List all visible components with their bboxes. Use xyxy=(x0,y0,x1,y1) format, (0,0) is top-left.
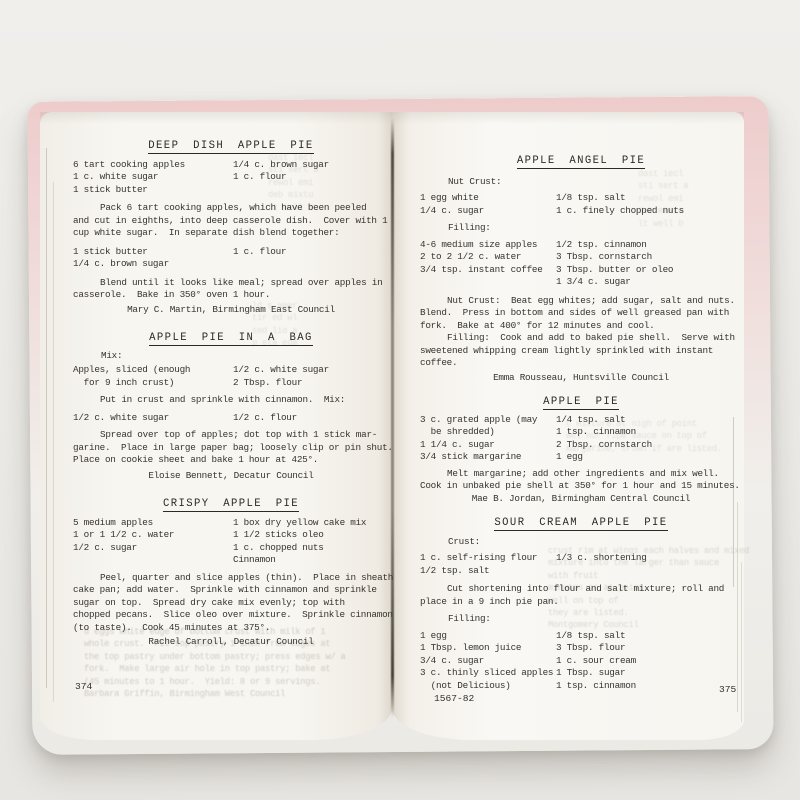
paragraph-line: Pack 6 tart cooking apples, which have b… xyxy=(73,202,389,215)
left-page-content: DEEP DISH APPLE PIE 6 tart cooking apple… xyxy=(73,140,389,649)
paragraph-line: Nut Crust: Beat egg whites; add sugar, s… xyxy=(420,295,742,308)
ingredient-columns: 5 medium apples1 or 1 1/2 c. water1/2 c.… xyxy=(73,517,389,567)
recipe-title-text: APPLE ANGEL PIE xyxy=(517,155,645,169)
ingredient-line: 1/2 c. white sugar xyxy=(73,412,233,425)
recipe-title-text: CRISPY APPLE PIE xyxy=(163,498,299,512)
ingredient-column-left: 1/2 c. white sugar xyxy=(73,412,233,425)
paragraph-line: sweetened whipping cream lightly sprinkl… xyxy=(420,345,742,358)
ingredient-line: (not Delicious) xyxy=(420,680,556,693)
ingredient-line: 1 c. chopped nuts xyxy=(233,542,389,555)
ingredient-line: 1/4 c. sugar xyxy=(420,205,556,218)
paragraph-line: place in a 9 inch pie pan. xyxy=(420,596,742,609)
ingredient-column-left: Apples, sliced (enough for 9 inch crust) xyxy=(73,364,233,389)
ingredient-line: 1/8 tsp. salt xyxy=(556,630,742,643)
ingredient-line: 1 Tbsp. sugar xyxy=(556,667,742,680)
paragraph-line: Spread over top of apples; dot top with … xyxy=(73,429,389,442)
ingredient-column-right: 1/2 c. flour xyxy=(233,412,389,425)
paragraph-line: Put in crust and sprinkle with cinnamon.… xyxy=(73,394,389,407)
ingredient-line: 4-6 medium size apples xyxy=(420,239,556,252)
paragraph-line: casserole. Bake in 350° oven 1 hour. xyxy=(73,289,389,302)
ingredient-line: 3/4 stick margarine xyxy=(420,451,556,464)
ingredient-column-left: 1 egg white1/4 c. sugar xyxy=(420,192,556,217)
paragraph-line: Melt margarine; add other ingredients an… xyxy=(420,468,742,481)
ingredient-line: 1/2 c. flour xyxy=(233,412,389,425)
ingredient-columns: Apples, sliced (enough for 9 inch crust)… xyxy=(73,364,389,389)
ingredient-line: 1/2 tsp. salt xyxy=(420,565,556,578)
section-label: Mix: xyxy=(73,350,389,363)
recipe-paragraph: Filling: Cook and add to baked pie shell… xyxy=(420,332,742,370)
ingredient-line: 6 tart cooking apples xyxy=(73,159,233,172)
recipe-apple-pie: APPLE PIE 3 c. grated apple (may be shre… xyxy=(420,396,742,505)
section-label: Filling: xyxy=(420,222,742,235)
paragraph-line: (to taste). Cook 45 minutes at 375°. xyxy=(73,622,389,635)
right-page-number: 375 xyxy=(719,684,736,695)
ingredient-line: Cinnamon xyxy=(233,554,389,567)
ingredient-column-right: 1/4 c. brown sugar1 c. flour xyxy=(233,159,389,197)
ingredient-line: 1 stick butter xyxy=(73,246,233,259)
ingredient-line: 1 egg white xyxy=(420,192,556,205)
recipe-paragraph: Put in crust and sprinkle with cinnamon.… xyxy=(73,394,389,407)
ingredient-line: 1 Tbsp. lemon juice xyxy=(420,642,556,655)
ingredient-line: 1 c. flour xyxy=(233,246,389,259)
bleedthrough-line: Barbara Griffin, Birmingham West Council xyxy=(84,688,384,700)
bleedthrough-line: fork. Make large air hole in top pastry;… xyxy=(84,663,384,675)
recipe-title-text: APPLE PIE IN A BAG xyxy=(149,332,313,346)
ingredient-column-right: 1/2 c. white sugar2 Tbsp. flour xyxy=(233,364,389,389)
ingredient-column-left: 5 medium apples1 or 1 1/2 c. water1/2 c.… xyxy=(73,517,233,567)
ingredient-line: be shredded) xyxy=(420,426,556,439)
ingredient-columns: 1 egg1 Tbsp. lemon juice3/4 c. sugar3 c.… xyxy=(420,630,742,693)
ingredient-line: 1/2 c. white sugar xyxy=(233,364,389,377)
ingredient-column-right: 1/4 tsp. salt1 tsp. cinnamon2 Tbsp. corn… xyxy=(556,414,742,464)
book-spine-gutter xyxy=(391,118,394,718)
section-label: Crust: xyxy=(420,536,742,549)
paragraph-line: Cut shortening into flour and salt mixtu… xyxy=(420,583,742,596)
ingredient-column-left: 1 c. self-rising flour1/2 tsp. salt xyxy=(420,552,556,577)
paragraph-line: coffee. xyxy=(420,357,742,370)
ingredient-line: 2 Tbsp. cornstarch xyxy=(556,439,742,452)
ingredient-line: 1/2 c. sugar xyxy=(73,542,233,555)
paragraph-line: cake pan; add water. Sprinkle with cinna… xyxy=(73,584,389,597)
ingredient-line: 1 tsp. cinnamon xyxy=(556,680,742,693)
recipe-title: APPLE ANGEL PIE xyxy=(420,155,742,168)
recipe-title-text: APPLE PIE xyxy=(543,396,619,410)
paragraph-line: sugar on top. Spread dry cake mix evenly… xyxy=(73,597,389,610)
recipe-paragraph: Pack 6 tart cooking apples, which have b… xyxy=(73,202,389,240)
ingredient-column-right: 1/3 c. shortening xyxy=(556,552,742,577)
ingredient-line: 5 medium apples xyxy=(73,517,233,530)
ingredient-line: 1 or 1 1/2 c. water xyxy=(73,529,233,542)
ingredient-columns: 3 c. grated apple (may be shredded)1 1/4… xyxy=(420,414,742,464)
recipe-attribution: Eloise Bennett, Decatur Council xyxy=(73,470,389,483)
ingredient-line: 1 c. white sugar xyxy=(73,171,233,184)
ingredient-columns: 1 c. self-rising flour1/2 tsp. salt 1/3 … xyxy=(420,552,742,577)
ingredient-line: 1 box dry yellow cake mix xyxy=(233,517,389,530)
recipe-paragraph: Nut Crust: Beat egg whites; add sugar, s… xyxy=(420,295,742,333)
ingredient-line: 1 c. flour xyxy=(233,171,389,184)
ingredient-line: 1/3 c. shortening xyxy=(556,552,742,565)
ingredient-line: 1/4 c. brown sugar xyxy=(73,258,233,271)
recipe-title: APPLE PIE IN A BAG xyxy=(73,332,389,345)
section-label: Nut Crust: xyxy=(420,176,742,189)
ingredient-column-left: 1 stick butter1/4 c. brown sugar xyxy=(73,246,233,271)
recipe-paragraph: Peel, quarter and slice apples (thin). P… xyxy=(73,572,389,635)
recipe-title: APPLE PIE xyxy=(420,396,742,409)
ingredient-line: 1 1/2 sticks oleo xyxy=(233,529,389,542)
paragraph-line: Cook in unbaked pie shell at 350° for 1 … xyxy=(420,480,742,493)
page-edge-line xyxy=(53,182,54,702)
ingredient-line: 3 Tbsp. flour xyxy=(556,642,742,655)
ingredient-column-left: 3 c. grated apple (may be shredded)1 1/4… xyxy=(420,414,556,464)
recipe-attribution: Mae B. Jordan, Birmingham Central Counci… xyxy=(420,493,742,506)
ingredient-line: 2 Tbsp. flour xyxy=(233,377,389,390)
paragraph-line: Peel, quarter and slice apples (thin). P… xyxy=(73,572,389,585)
paragraph-line: Filling: Cook and add to baked pie shell… xyxy=(420,332,742,345)
ingredient-line: for 9 inch crust) xyxy=(73,377,233,390)
ingredient-columns: 1/2 c. white sugar 1/2 c. flour xyxy=(73,412,389,425)
ingredient-line: 3 Tbsp. butter or oleo xyxy=(556,264,742,277)
ingredient-line: 1 stick butter xyxy=(73,184,233,197)
recipe-deep-dish-apple-pie: DEEP DISH APPLE PIE 6 tart cooking apple… xyxy=(73,140,389,316)
book-code: 1567-82 xyxy=(434,693,474,704)
ingredient-column-right: 1/8 tsp. salt1 c. finely chopped nuts xyxy=(556,192,742,217)
ingredient-line: 1 1/4 c. sugar xyxy=(420,439,556,452)
paragraph-line: Blend until it looks like meal; spread o… xyxy=(73,277,389,290)
ingredient-line: 1 egg xyxy=(556,451,742,464)
ingredient-column-right: 1 box dry yellow cake mix1 1/2 sticks ol… xyxy=(233,517,389,567)
recipe-title: SOUR CREAM APPLE PIE xyxy=(420,517,742,530)
photo-of-open-cookbook: dast ieclsti sert arewol emideb mixtult … xyxy=(0,0,800,800)
paragraph-line: fork. Bake at 400° for 12 minutes and co… xyxy=(420,320,742,333)
section-label: Filling: xyxy=(420,613,742,626)
recipe-title: CRISPY APPLE PIE xyxy=(73,498,389,511)
recipe-paragraph: Spread over top of apples; dot top with … xyxy=(73,429,389,467)
ingredient-line: 1/4 tsp. salt xyxy=(556,414,742,427)
recipe-attribution: Rachel Carroll, Decatur Council xyxy=(73,636,389,649)
recipe-apple-angel-pie: APPLE ANGEL PIE Nut Crust: 1 egg white1/… xyxy=(420,155,742,384)
recipe-title-text: DEEP DISH APPLE PIE xyxy=(148,140,313,154)
right-page-content: APPLE ANGEL PIE Nut Crust: 1 egg white1/… xyxy=(420,155,742,692)
paragraph-line: Blend. Press in bottom and sides of well… xyxy=(420,307,742,320)
recipe-title-text: SOUR CREAM APPLE PIE xyxy=(494,517,667,531)
ingredient-column-right: 1 c. flour xyxy=(233,246,389,271)
bleedthrough-line: (45 minutes to 1 hour. Yield: 8 or 9 ser… xyxy=(84,676,384,688)
paragraph-line: garine. Place in large paper bag; loosel… xyxy=(73,442,389,455)
recipe-title: DEEP DISH APPLE PIE xyxy=(73,140,389,153)
paragraph-line: and cut in eighths, into deep casserole … xyxy=(73,215,389,228)
ingredient-line: 1 c. finely chopped nuts xyxy=(556,205,742,218)
recipe-paragraph: Melt margarine; add other ingredients an… xyxy=(420,468,742,493)
ingredient-line: 3 c. grated apple (may xyxy=(420,414,556,427)
bleedthrough-line: the top pastry under bottom pastry; pres… xyxy=(84,651,384,663)
paragraph-line: cup white sugar. In separate dish blend … xyxy=(73,227,389,240)
ingredient-column-right: 1/8 tsp. salt3 Tbsp. flour1 c. sour crea… xyxy=(556,630,742,693)
paragraph-line: Place on cookie sheet and bake 1 hour at… xyxy=(73,454,389,467)
ingredient-column-left: 6 tart cooking apples1 c. white sugar1 s… xyxy=(73,159,233,197)
ingredient-column-left: 4-6 medium size apples2 to 2 1/2 c. wate… xyxy=(420,239,556,289)
ingredient-line: 3/4 tsp. instant coffee xyxy=(420,264,556,277)
recipe-attribution: Emma Rousseau, Huntsville Council xyxy=(420,372,742,385)
ingredient-line: 1/8 tsp. salt xyxy=(556,192,742,205)
ingredient-columns: 1 stick butter1/4 c. brown sugar 1 c. fl… xyxy=(73,246,389,271)
ingredient-columns: 1 egg white1/4 c. sugar 1/8 tsp. salt1 c… xyxy=(420,192,742,217)
ingredient-line: 3 c. thinly sliced apples xyxy=(420,667,556,680)
ingredient-line: 3/4 c. sugar xyxy=(420,655,556,668)
recipe-apple-pie-in-a-bag: APPLE PIE IN A BAG Mix: Apples, sliced (… xyxy=(73,332,389,482)
left-page-number: 374 xyxy=(75,681,92,692)
ingredient-line: 1/4 c. brown sugar xyxy=(233,159,389,172)
recipe-sour-cream-apple-pie: SOUR CREAM APPLE PIE Crust: 1 c. self-ri… xyxy=(420,517,742,692)
ingredient-line: 1 3/4 c. sugar xyxy=(556,276,742,289)
recipe-paragraph: Cut shortening into flour and salt mixtu… xyxy=(420,583,742,608)
ingredient-line: 1 tsp. cinnamon xyxy=(556,426,742,439)
recipe-crispy-apple-pie: CRISPY APPLE PIE 5 medium apples1 or 1 1… xyxy=(73,498,389,649)
recipe-attribution: Mary C. Martin, Birmingham East Council xyxy=(73,304,389,317)
ingredient-column-right: 1/2 tsp. cinnamon3 Tbsp. cornstarch3 Tbs… xyxy=(556,239,742,289)
page-edge-line xyxy=(46,148,47,688)
ingredient-columns: 4-6 medium size apples2 to 2 1/2 c. wate… xyxy=(420,239,742,289)
ingredient-line: 2 to 2 1/2 c. water xyxy=(420,251,556,264)
ingredient-line: 1 c. sour cream xyxy=(556,655,742,668)
ingredient-column-left: 1 egg1 Tbsp. lemon juice3/4 c. sugar3 c.… xyxy=(420,630,556,693)
paragraph-line: chopped pecans. Slice oleo over mixture.… xyxy=(73,609,389,622)
ingredient-line: Apples, sliced (enough xyxy=(73,364,233,377)
ingredient-line: 1 c. self-rising flour xyxy=(420,552,556,565)
ingredient-line: 3 Tbsp. cornstarch xyxy=(556,251,742,264)
ingredient-line: 1/2 tsp. cinnamon xyxy=(556,239,742,252)
recipe-paragraph: Blend until it looks like meal; spread o… xyxy=(73,277,389,302)
ingredient-line: 1 egg xyxy=(420,630,556,643)
ingredient-columns: 6 tart cooking apples1 c. white sugar1 s… xyxy=(73,159,389,197)
